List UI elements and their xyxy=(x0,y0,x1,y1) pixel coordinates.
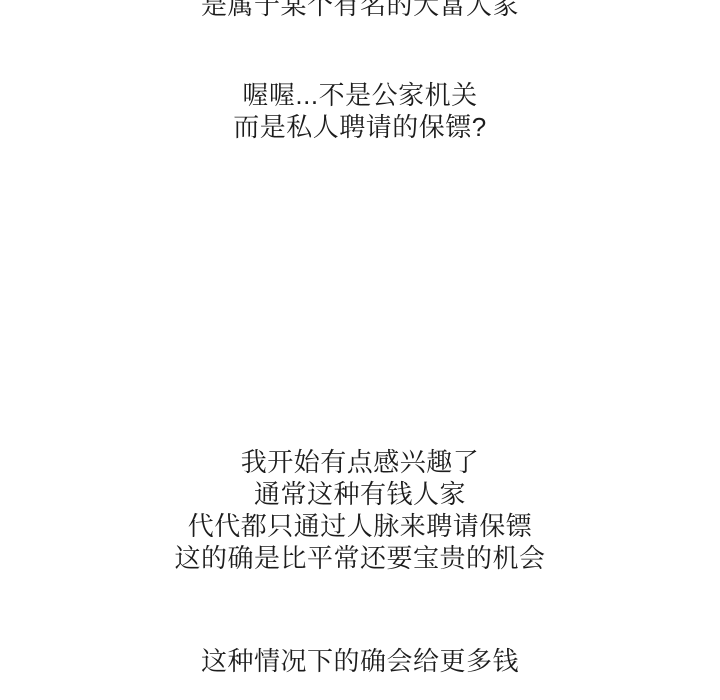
narration-line: 通常这种有钱人家 xyxy=(0,478,720,510)
webtoon-page: 是属于某个有名的大富人家 喔喔...不是公家机关 而是私人聘请的保镖? 我开始有… xyxy=(0,0,720,700)
narration-line: 而是私人聘请的保镖? xyxy=(0,111,720,143)
narration-block-second: 喔喔...不是公家机关 而是私人聘请的保镖? xyxy=(0,79,720,143)
narration-line: 我开始有点感兴趣了 xyxy=(0,446,720,478)
narration-block-bottom: 这种情况下的确会给更多钱 xyxy=(0,645,720,677)
narration-block-top: 是属于某个有名的大富人家 xyxy=(0,0,720,21)
narration-block-middle: 我开始有点感兴趣了 通常这种有钱人家 代代都只通过人脉来聘请保镖 这的确是比平常… xyxy=(0,446,720,574)
narration-line: 这种情况下的确会给更多钱 xyxy=(0,645,720,677)
narration-line: 这的确是比平常还要宝贵的机会 xyxy=(0,542,720,574)
narration-line: 喔喔...不是公家机关 xyxy=(0,79,720,111)
narration-line: 是属于某个有名的大富人家 xyxy=(0,0,720,21)
narration-line: 代代都只通过人脉来聘请保镖 xyxy=(0,510,720,542)
